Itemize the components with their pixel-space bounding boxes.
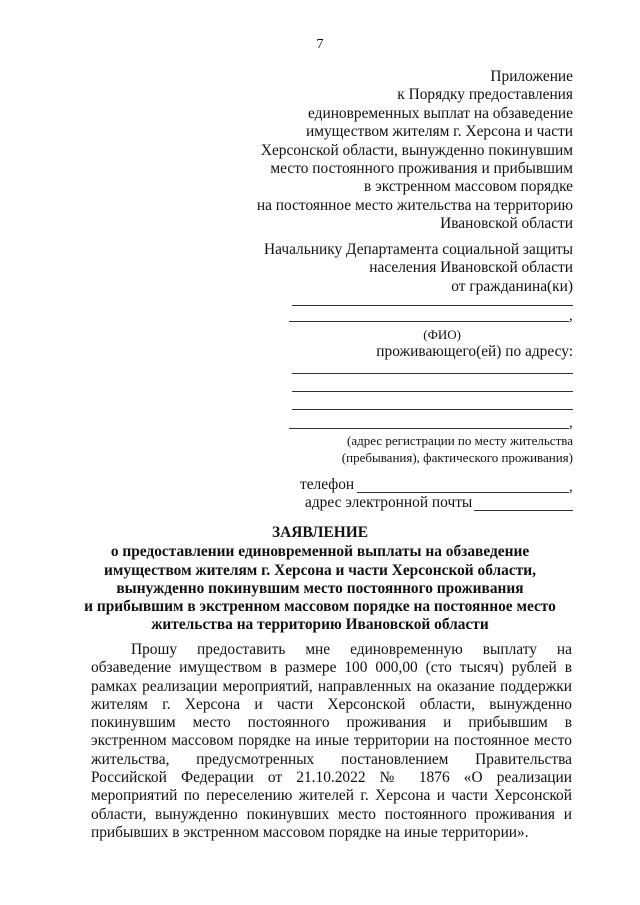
phone-comma: , <box>569 479 573 496</box>
appendix-header: Приложение к Порядку предоставления един… <box>257 68 573 234</box>
appendix-line: имуществом жителям г. Херсона и части <box>257 123 573 141</box>
appendix-line: место постоянного проживания и прибывшим <box>257 160 573 178</box>
phone-blank-line[interactable] <box>357 492 569 493</box>
application-body: Прошу предоставить мне единовременную вы… <box>91 641 572 842</box>
title-subtitle-line: вынужденно покинувшим место постоянного … <box>60 580 580 598</box>
address-blank-line-1[interactable] <box>292 373 573 374</box>
title-subtitle-line: и прибывшим в экстренном массовом порядк… <box>60 598 580 616</box>
application-title: ЗАЯВЛЕНИЕ о предоставлении единовременно… <box>60 524 580 635</box>
address-blank-line-4[interactable] <box>289 428 569 429</box>
title-heading: ЗАЯВЛЕНИЕ <box>60 524 580 542</box>
phone-label: телефон <box>300 476 354 494</box>
appendix-line: на постоянное место жительства на террит… <box>257 197 573 215</box>
appendix-line: Херсонской области, вынужденно покинувши… <box>257 142 573 160</box>
addressee-block: Начальнику Департамента социальной защит… <box>264 241 573 296</box>
addressee-line: Начальнику Департамента социальной защит… <box>264 241 573 259</box>
address-hint-line: (адрес регистрации по месту жительства <box>342 432 573 449</box>
appendix-line: к Порядку предоставления <box>257 86 573 104</box>
title-subtitle-line: о предоставлении единовременной выплаты … <box>60 543 580 561</box>
address-blank-line-3[interactable] <box>292 409 573 410</box>
email-blank-line[interactable] <box>474 510 573 511</box>
address-hint: (адрес регистрации по месту жительства (… <box>342 432 573 466</box>
title-subtitle-line: жительства на территорию Ивановской обла… <box>60 616 580 634</box>
address-blank-line-2[interactable] <box>292 391 573 392</box>
name-blank-line-2[interactable] <box>289 321 569 322</box>
page-number: 7 <box>0 37 640 53</box>
address-hint-line: (пребывания), фактического проживания) <box>342 449 573 466</box>
address-comma: , <box>569 415 573 432</box>
name-hint: (ФИО) <box>423 326 461 343</box>
addressee-line: от гражданина(ки) <box>264 278 573 296</box>
appendix-line: Приложение <box>257 68 573 86</box>
email-label: адрес электронной почты <box>305 494 472 512</box>
name-blank-line-1[interactable] <box>292 305 573 306</box>
name-comma: , <box>569 308 573 325</box>
address-label: проживающего(ей) по адресу: <box>376 343 573 361</box>
appendix-line: в экстренном массовом порядке <box>257 178 573 196</box>
appendix-line: единовременных выплат на обзаведение <box>257 105 573 123</box>
appendix-line: Ивановской области <box>257 215 573 233</box>
addressee-line: населения Ивановской области <box>264 259 573 277</box>
title-subtitle-line: имуществом жителям г. Херсона и части Хе… <box>60 562 580 580</box>
